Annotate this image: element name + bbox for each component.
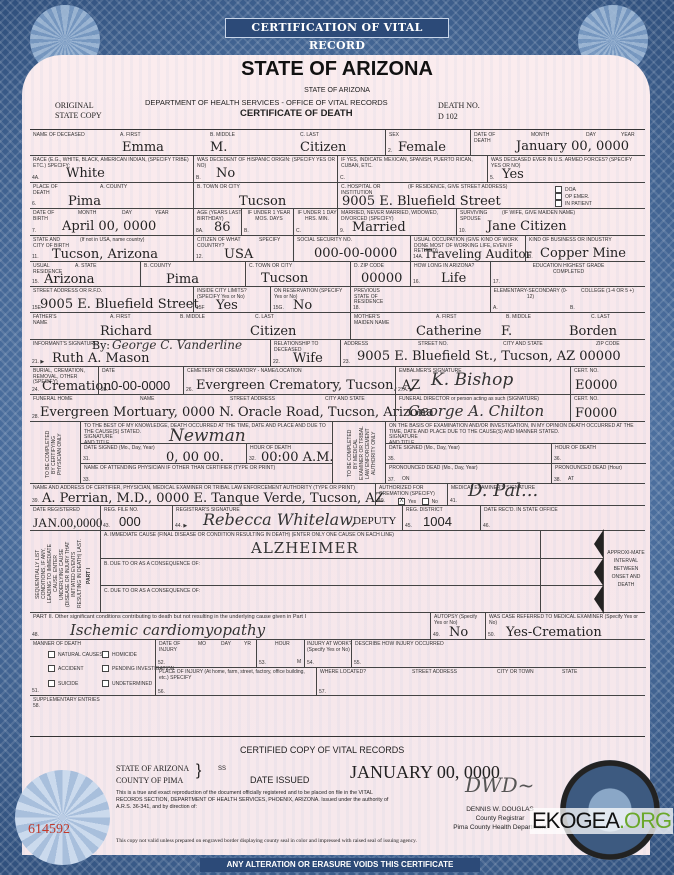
race-value: White [66,166,105,181]
field-number: 28. [32,414,39,420]
op-emer-label: OP EMER. [565,194,589,200]
date-registered-label: DATE REGISTERED [33,508,80,514]
field-number: 58. [33,704,40,710]
field-number: 15G. [273,305,284,311]
field-number: 54. [307,660,314,666]
father-last-value: Citizen [250,324,296,339]
field-number: 37. [388,477,395,483]
describe-injury-label: DESCRIBE HOW INJURY OCCURRED [355,642,444,648]
undetermined-label: UNDETERMINED [112,681,152,687]
street-value: 9005 E. Bluefield Street [40,297,199,312]
date-of-injury-label: DATE OF INJURY [159,642,189,653]
in-patient-checkbox[interactable] [555,200,562,207]
cremation-options: XYes No [398,498,438,505]
cremation-no-checkbox[interactable] [422,498,429,505]
field-number: 18. [353,305,360,311]
date-label: DATE [102,369,115,375]
row-residence: USUAL RESIDENCE A. STATE 15. Arizona B. … [30,262,645,287]
cause-c-label: C. DUE TO OR AS A CONSEQUENCE OF: [104,589,200,595]
reg-district-label: REG. DISTRICT [406,508,443,514]
mother-middle-value: F. [501,324,512,339]
certifier-value: A. Perrian, M.D., 0000 E. Tanque Verde, … [42,491,384,506]
field-number: 51. [32,688,39,694]
field-number: 14A. [413,254,423,260]
field-number: 9. [340,228,344,234]
injury-work-label: INJURY AT WORK? (Specify Yes or No) [307,642,352,653]
no-label: No [432,499,438,505]
field-number: 4A. [32,175,40,181]
cremation-auth-label: AUTHORIZED FOR CREMATION (SPECIFY) [379,486,447,497]
pronounced-date-label: PRONOUNCED DEAD (Mo., Day, Year) [389,466,478,472]
yr-label: YR [244,642,251,648]
registrar-signature-footer: DWD~ [465,773,534,797]
embalmer-cert-value: E0000 [575,378,618,393]
cert-no-label: CERT. NO. [574,369,599,375]
death-certificate-form: NAME OF DECEASED A. FIRST B. MIDDLE C. L… [30,129,645,737]
disposition-date-value: 0-00-0000 [111,378,170,393]
brace: } [196,762,201,780]
college-label: COLLEGE (1-4 or 5 +) [570,289,645,295]
field-number: B. [528,254,533,260]
cremation-yes-checkbox[interactable]: X [398,498,405,505]
place-of-death-label: PLACE OF DEATH [33,185,63,196]
death-no-label: DEATH NO. [438,101,480,110]
ssn-value: 000-00-0000 [314,246,397,261]
field-number: 31. [83,456,90,462]
date-signed-label: DATE SIGNED (Mo., Day, Year) [389,446,460,452]
natural-checkbox[interactable] [48,651,55,658]
field-number: 50. [488,632,495,638]
res-town-label: C. TOWN OR CITY [249,264,292,270]
field-number: 17. [493,279,500,285]
town-label: B. TOWN OR CITY [197,185,240,191]
mother-last-value: Borden [569,324,617,339]
accident-label: ACCIDENT [58,666,84,672]
relationship-value: Wife [293,351,323,366]
me-signature: D. Pal... [468,480,538,501]
city-value: Tucson [239,194,286,209]
part-ii-value: Ischemic cardiomyopathy [70,621,265,639]
informant-name-value: Ruth A. Mason [52,351,149,366]
accident-option: ACCIDENT [48,665,84,672]
mo-label: MO [198,642,206,648]
month-label: MONTH [78,211,96,217]
field-number: 39. [32,498,39,504]
father-label: FATHER'S NAME [33,315,61,326]
examiner-side-label: To be completed by MEDICAL EXAMINER OR T… [347,426,373,481]
row-place-of-death: PLACE OF DEATH A. COUNTY 6. Pima B. TOWN… [30,183,645,209]
street-address-label: STREET ADDRESS [230,397,275,403]
undetermined-option: UNDETERMINED [102,680,152,687]
res-city-value: Tucson [261,271,308,286]
where-located-label: WHERE LOCATED? [320,670,366,676]
zip-label: D. ZIP CODE [354,264,384,270]
physician-side-label: To be completed by CERTIFYING PHYSICIAN … [45,427,65,482]
middle-label: B. MIDDLE [210,133,235,139]
field-number: 27A. ▶ [398,387,414,393]
race-label: RACE (e.g., white, black, American India… [33,158,191,169]
field-number: C. [340,175,345,181]
row-birthplace: STATE AND CITY OF BIRTH (If not in USA, … [30,236,645,262]
field-number: 41. [450,498,457,504]
op-emer-checkbox[interactable] [555,193,562,200]
street-no-label: STREET NO. [418,342,448,348]
cause-a-label: A. IMMEDIATE CAUSE (FINAL DISEASE OR CON… [104,533,394,539]
death-no: D 102 [438,112,458,121]
reg-district-value: 1004 [423,514,452,529]
supplementary-label: SUPPLEMENTARY ENTRIES [33,698,100,704]
field-number: B. [196,175,201,181]
row-name: NAME OF DECEASED A. FIRST B. MIDDLE C. L… [30,130,645,156]
date-issued-label: DATE ISSUED [250,775,309,785]
middle-name-value: M. [210,140,227,155]
city-and-state-label: CITY AND STATE [325,397,365,403]
res-county-label: B. COUNTY [144,264,171,270]
field-number: 15F [196,305,205,311]
street-address-label: STREET ADDRESS [412,670,457,676]
last-label: C. LAST [591,315,610,321]
examiner-statement: ON THE BASIS OF EXAMINATION AND/OR INVES… [389,424,644,435]
informant-address-value: 9005 E. Bluefield St., Tucson, AZ 00000 [357,349,621,364]
row-certifier-block: To be completed by CERTIFYING PHYSICIAN … [30,422,645,484]
spouse-label: SURVIVING SPOUSE [460,211,488,222]
doa-checkbox[interactable] [555,186,562,193]
father-first-value: Richard [100,324,152,339]
registrar-title-value: DEPUTY [353,515,396,527]
field-number: 52. [158,660,165,666]
date-of-death-label: DATE OF DEATH [474,133,504,144]
field-number: 11. [32,254,39,260]
field-number: 32. [249,456,256,462]
original-label: ORIGINAL [55,101,94,110]
field-number: A. [493,305,498,311]
state-copy-label: STATE COPY [55,111,102,120]
natural-label: NATURAL CAUSES [58,652,103,658]
business-value: Copper Mine [540,246,626,261]
hour-of-death-value: 00:00 A.M. [261,450,334,465]
registrar-signature: Rebecca Whitelaw, [203,510,356,529]
validity-statement: This copy not valid unless prepared on e… [116,838,417,844]
director-signature: George A. Chilton [408,402,544,420]
ss-label: SS [218,766,226,772]
row-funeral-home: FUNERAL HOME NAME STREET ADDRESS CITY AN… [30,395,645,422]
place-injury-label: PLACE OF INJURY (At home, farm, street, … [159,670,314,681]
last-name-value: Citizen [300,140,346,155]
how-long-label: HOW LONG IN ARIZONA? [414,264,474,270]
watermark-domain: .ORG [619,808,671,833]
part-ii-label: PART II. Other significant conditions co… [33,615,306,621]
embalmer-signature: K. Bishop [431,370,513,390]
zip-value: 00000 [361,271,402,286]
field-number: 46. [483,523,490,529]
middle-label: B. MIDDLE [180,315,205,321]
pronounced-hour-label: PRONOUNCED DEAD (Hour) [555,466,622,472]
reservation-value: No [293,298,312,313]
row-parents: FATHER'S NAME A. FIRST B. MIDDLE C. LAST… [30,313,645,340]
interval-label: APPROXI-MATE INTERVAL BETWEEN ONSET AND … [606,549,646,589]
undetermined-checkbox[interactable] [102,680,109,687]
last-label: C. LAST [300,133,319,139]
date-signed-label: DATE SIGNED (Mo., Day, Year) [84,446,155,452]
state-label: STATE [562,670,577,676]
field-number: 8A. [196,228,204,234]
field-number: 12. [196,254,203,260]
last-label: C. LAST [255,315,274,321]
pending-checkbox[interactable] [102,665,109,672]
row-registration: DATE REGISTERED JAN.00,0000 REG. FILE NO… [30,506,645,531]
on-label: ON [402,477,410,483]
state-subtitle: STATE OF ARIZONA [0,87,674,94]
birthplace-value: Tucson, Arizona [52,247,158,262]
referred-value: Yes-Cremation [506,625,602,640]
field-number: 2. [388,148,392,154]
mother-first-value: Catherine [416,324,481,339]
field-number: 22. [273,359,280,365]
cause-b-label: B. DUE TO OR AS A CONSEQUENCE OF: [104,562,200,568]
funeral-home-value: Evergreen Mortuary, 0000 N. Oracle Road,… [40,405,434,420]
mother-label: MOTHER'S MAIDEN NAME [354,315,399,326]
authenticity-statement: This is a true and exact reproduction of… [116,790,391,811]
middle-label: B. MIDDLE [506,315,531,321]
homicide-option: HOMICIDE [102,651,137,658]
informant-signature: George C. Vanderline [112,338,242,352]
in-patient-option: IN PATIENT [555,200,592,207]
address-label: ADDRESS [344,342,368,348]
field-number: 57. [319,689,326,695]
hour-of-death-label: HOUR OF DEATH [555,446,596,452]
elementary-label: ELEMENTARY-SECONDARY (0-12) [493,289,568,300]
row-disposition: BURIAL, CREMATION, REMOVAL, OTHER (Speci… [30,367,645,395]
field-number: 6. [32,201,36,207]
field-number: 38. [554,477,561,483]
suicide-option: SUICIDE [48,680,78,687]
row-part-ii: PART II. Other significant conditions co… [30,613,645,640]
cause-side-label: SEQUENTIALLY LIST CONDITIONS, IF ANY, LE… [35,539,85,609]
field-number: C. [296,228,301,234]
birthplace-note: (If not in USA, name country) [80,238,144,244]
field-number: 21. ▶ [32,359,44,365]
field-number: 36. [554,456,561,462]
date-recd-label: DATE REC'D. IN STATE OFFICE [484,508,558,514]
suicide-checkbox[interactable] [48,680,55,687]
armed-forces-value: Yes [502,167,524,182]
watermark: EKOGEA.ORG [530,808,673,834]
field-number: B. [570,305,575,311]
doa-label: DOA [565,187,576,193]
first-label: A. FIRST [436,315,457,321]
suicide-label: SUICIDE [58,681,78,687]
date-registered-value: JAN.00,0000 [33,515,102,531]
field-number: 23. [343,359,350,365]
day-label: DAY [122,211,132,217]
year-label: YEAR [621,133,635,139]
field-number: 43. [103,523,110,529]
field-number: 24. [32,387,39,393]
homicide-checkbox[interactable] [102,651,109,658]
zip-code-label: ZIP CODE [596,342,620,348]
homicide-label: HOMICIDE [112,652,137,658]
education-label: EDUCATION HIGHEST GRADE COMPLETED [491,264,646,275]
first-label: A. FIRST [110,315,131,321]
m-label: M [297,660,301,666]
residence-note: (IF RESIDENCE, GIVE STREET ADDRESS) [408,185,507,191]
inside-city-value: Yes [216,298,238,313]
under-1-day-label: IF UNDER 1 DAY HRS. MIN. [296,211,338,222]
row-cause-of-death: SEQUENTIALLY LIST CONDITIONS, IF ANY, LE… [30,531,645,613]
director-cert-value: F0000 [575,406,617,421]
day-label: DAY [221,642,231,648]
reg-file-label: REG. FILE NO. [104,508,138,514]
autopsy-value: No [449,625,468,640]
cause-a-value: ALZHEIMER [251,539,359,557]
funeral-home-label: FUNERAL HOME [33,397,73,403]
natural-option: NATURAL CAUSES [48,651,103,658]
field-number: 35. [388,456,395,462]
accident-checkbox[interactable] [48,665,55,672]
county-value: Pima [68,194,101,209]
field-number: 15. [32,279,39,285]
serial-number: 614592 [28,822,70,838]
spouse-value: Jane Citizen [487,219,567,234]
month-label: MONTH [531,133,549,139]
how-long-value: Life [441,271,466,286]
citizen-value: USA [224,247,253,262]
hispanic-indicate-label: IF YES, INDICATE MEXICAN, SPANISH, PUERT… [341,158,486,169]
row-street: STREET ADDRESS OR R.F.D. 15E 9005 E. Blu… [30,287,645,313]
footer-county: COUNTY OF PIMA [116,776,183,785]
certification-banner: CERTIFICATION OF VITAL RECORD [225,18,449,38]
field-number: 56. [158,689,165,695]
state-label: A. STATE [75,264,96,270]
cert-no-label: CERT. NO. [574,397,599,403]
field-number: 16. [413,279,420,285]
footer-state: STATE OF ARIZONA [116,764,189,773]
field-number: 49. [433,632,440,638]
date-signed-value: 0, 00 00. [166,450,224,465]
first-name-value: Emma [122,140,164,155]
cemetery-label: CEMETERY OR CREMATORY - NAME/LOCATION [187,369,302,375]
occupation-value: Traveling Auditor [424,247,531,261]
field-number: 44. ▶ [175,523,187,529]
day-label: DAY [586,133,596,139]
year-label: YEAR [155,211,169,217]
field-number: 55. [354,660,361,666]
department-label: DEPARTMENT OF HEALTH SERVICES - OFFICE O… [145,98,388,107]
manner-label: MANNER OF DEATH [33,642,81,648]
hospital-value: 9005 E. Bluefield Street [342,194,501,209]
ssn-label: SOCIAL SECURITY NO. [297,238,352,244]
field-number: 26. [186,387,193,393]
specify-label: SPECIFY [259,238,280,244]
county-label: A. COUNTY [100,185,127,191]
row-certifier: NAME AND ADDRESS OF CERTIFIER, PHYSICIAN… [30,484,645,506]
business-label: KIND OF BUSINESS OR INDUSTRY [529,238,612,244]
attending-label: NAME OF ATTENDING PHYSICIAN IF OTHER THA… [84,466,275,472]
informant-label: INFORMANT'S SIGNATURE [33,342,97,348]
row-race: RACE (e.g., white, black, American India… [30,156,645,183]
sex-label: SEX [389,133,399,139]
hispanic-value: No [216,166,235,181]
res-county-value: Pima [166,272,199,287]
field-number: 53. [259,660,266,666]
field-number: 48. [32,632,39,638]
alteration-banner: ANY ALTERATION OR ERASURE VOIDS THIS CER… [200,858,480,872]
sex-value: Female [398,140,446,155]
field-number: 25. [101,387,108,393]
watermark-text: EKOGEA [532,808,619,833]
name-label: NAME [140,397,154,403]
at-label: AT [568,477,574,483]
field-number: 40. [378,498,385,504]
reg-file-value: 000 [119,514,141,529]
res-state-value: Arizona [44,272,95,287]
first-label: A. FIRST [120,133,141,139]
dob-label: DATE OF BIRTH [33,211,61,222]
row-manner-injury: MANNER OF DEATH NATURAL CAUSES HOMICIDE … [30,640,645,696]
city-town-label: CITY OR TOWN [497,670,534,676]
under-1-year-label: IF UNDER 1 YEAR MOS. DAYS [244,211,294,222]
previous-state-label: PREVIOUS STATE OF RESIDENCE [354,289,394,306]
marital-value: Married [352,220,406,235]
name-of-deceased-label: NAME OF DECEASED [33,133,85,139]
part-i-label: PART I [86,561,94,591]
row-informant: INFORMANT'S SIGNATURE By: George C. Vand… [30,340,645,367]
date-of-death-value: January 00, 0000 [516,139,629,154]
field-number: 10. [459,228,466,234]
certified-copy-label: CERTIFIED COPY OF VITAL RECORDS [240,745,404,755]
field-number: 45. [405,523,412,529]
hour-label: HOUR [275,642,290,648]
in-patient-label: IN PATIENT [565,201,592,207]
row-supplementary: SUPPLEMENTARY ENTRIES 58. [30,696,645,738]
yes-label: Yes [408,499,416,505]
crematory-value: Evergreen Crematory, Tucson, AZ [196,378,420,393]
field-number: 5. [490,175,494,181]
certificate-title: CERTIFICATE OF DEATH [240,108,353,119]
field-number: B. [244,228,249,234]
age-value: 86 [214,220,231,235]
rosette-bottom-left [15,770,110,865]
spouse-note: (IF WIFE, GIVE MAIDEN NAME) [502,211,575,217]
city-state-label: CITY AND STATE [503,342,543,348]
field-number: 7. [32,228,36,234]
street-label: STREET ADDRESS OR R.F.D. [33,289,102,295]
field-number: 33. [83,477,90,483]
state-title: STATE OF ARIZONA [0,58,674,81]
dob-value: April 00, 0000 [62,219,156,234]
row-birth: DATE OF BIRTH MONTH DAY YEAR 7. April 00… [30,209,645,236]
physician-signature: Newman [169,426,246,446]
